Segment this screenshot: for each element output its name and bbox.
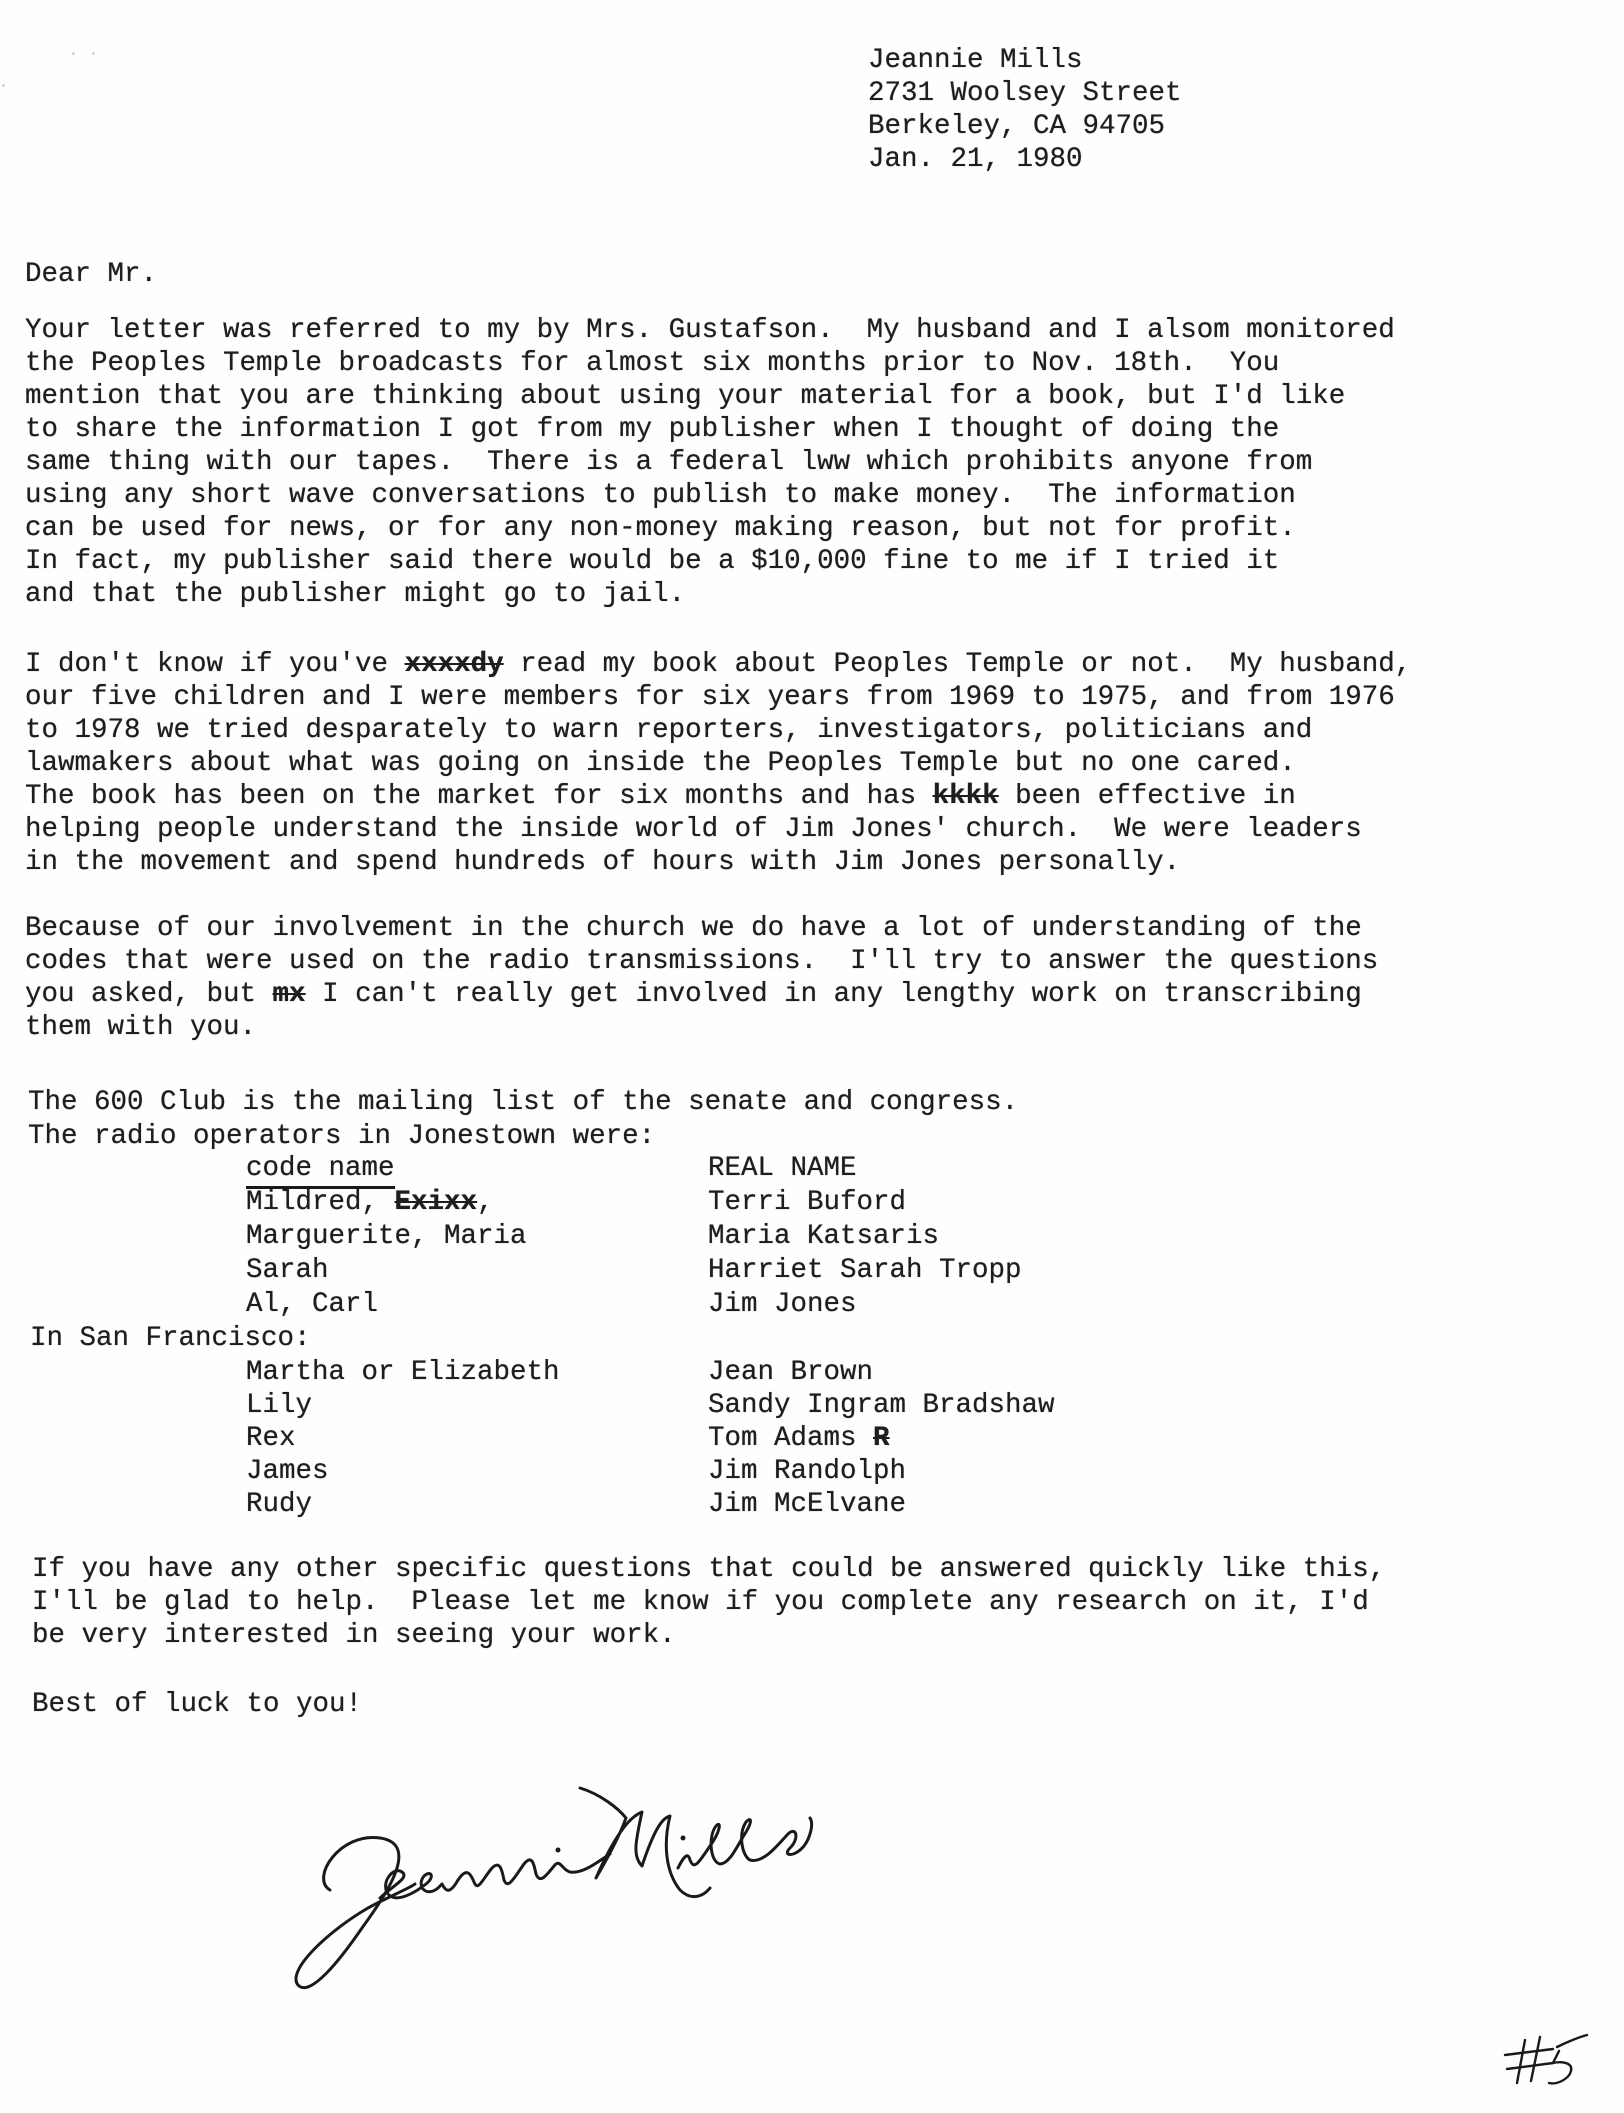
paragraph-1-line: the Peoples Temple broadcasts for almost… [25, 347, 1395, 380]
real-name-cell: Tom Adams R [708, 1422, 890, 1455]
text-run: you asked, but [25, 979, 273, 1010]
sender-name: Jeannie Mills [868, 44, 1182, 77]
text-run: I can't really get involved in any lengt… [306, 979, 1362, 1010]
code-name-cell: Martha or Elizabeth [246, 1356, 560, 1389]
real-name-cell: Terri Buford [708, 1186, 906, 1219]
paragraph-3-line: Because of our involvement in the church… [25, 912, 1378, 945]
valediction: Best of luck to you! [32, 1688, 362, 1721]
code-name-cell: Sarah [246, 1254, 329, 1287]
code-name-cell: Mildred, Exixx, [246, 1186, 494, 1219]
san-francisco-label: In San Francisco: [30, 1322, 311, 1355]
operators-intro: The radio operators in Jonestown were: [28, 1120, 655, 1153]
paper-speck [92, 52, 95, 55]
real-name-cell: Jim Randolph [708, 1455, 906, 1488]
code-name-cell: Rex [246, 1422, 296, 1455]
real-name-cell: Harriet Sarah Tropp [708, 1254, 1022, 1287]
handwritten-signature [270, 1760, 870, 2010]
paragraph-1-line: can be used for news, or for any non-mon… [25, 512, 1395, 545]
letter-page: Jeannie Mills 2731 Woolsey Street Berkel… [0, 0, 1624, 2113]
salutation: Dear Mr. [25, 258, 157, 291]
paper-speck [72, 52, 75, 55]
struck-out-text: xxxxdy [405, 649, 504, 680]
paragraph-2-line: helping people understand the inside wor… [25, 813, 1411, 846]
text-run: been effective in [999, 781, 1296, 812]
paragraph-2: I don't know if you've xxxxdy read my bo… [25, 648, 1411, 879]
closing-line: If you have any other specific questions… [32, 1553, 1385, 1586]
paragraph-1-line: mention that you are thinking about usin… [25, 380, 1395, 413]
code-name-cell: Rudy [246, 1488, 312, 1521]
paragraph-2-line: I don't know if you've xxxxdy read my bo… [25, 648, 1411, 681]
closing-line: I'll be glad to help. Please let me know… [32, 1586, 1385, 1619]
club-note: The 600 Club is the mailing list of the … [28, 1086, 1018, 1119]
real-name-cell: Jim Jones [708, 1288, 857, 1321]
paragraph-1-line: In fact, my publisher said there would b… [25, 545, 1395, 578]
paragraph-3-line: them with you. [25, 1011, 1378, 1044]
text-run: read my book about Peoples Temple or not… [504, 649, 1412, 680]
code-name-cell: James [246, 1455, 329, 1488]
paragraph-1-line: Your letter was referred to my by Mrs. G… [25, 314, 1395, 347]
paragraph-3: Because of our involvement in the church… [25, 912, 1378, 1044]
text-run: I don't know if you've [25, 649, 405, 680]
paragraph-1-line: to share the information I got from my p… [25, 413, 1395, 446]
text-run: Tom Adams [708, 1423, 873, 1454]
paragraph-2-line: to 1978 we tried desparately to warn rep… [25, 714, 1411, 747]
paragraph-1: Your letter was referred to my by Mrs. G… [25, 314, 1395, 611]
paragraph-3-line: codes that were used on the radio transm… [25, 945, 1378, 978]
code-name-cell: Lily [246, 1389, 312, 1422]
letter-date: Jan. 21, 1980 [868, 143, 1182, 176]
handwritten-page-number [1495, 2025, 1595, 2095]
struck-out-text: Exixx [395, 1187, 478, 1218]
struck-out-text: mx [273, 979, 306, 1010]
struck-out-text: kkkk [933, 781, 999, 812]
paragraph-1-line: same thing with our tapes. There is a fe… [25, 446, 1395, 479]
text-run: , [477, 1187, 494, 1218]
text-run: The book has been on the market for six … [25, 781, 933, 812]
code-name-header: code name [246, 1152, 395, 1189]
sender-city-state-zip: Berkeley, CA 94705 [868, 110, 1182, 143]
paper-speck [2, 84, 5, 87]
paragraph-2-line: lawmakers about what was going on inside… [25, 747, 1411, 780]
struck-out-text: R [873, 1423, 890, 1454]
code-name-cell: Marguerite, Maria [246, 1220, 527, 1253]
closing-line: be very interested in seeing your work. [32, 1619, 1385, 1652]
closing-paragraph: If you have any other specific questions… [32, 1553, 1385, 1652]
paragraph-3-line: you asked, but mx I can't really get inv… [25, 978, 1378, 1011]
sender-street: 2731 Woolsey Street [868, 77, 1182, 110]
real-name-cell: Jim McElvane [708, 1488, 906, 1521]
code-name-cell: Al, Carl [246, 1288, 378, 1321]
real-name-cell: Maria Katsaris [708, 1220, 939, 1253]
real-name-header: REAL NAME [708, 1152, 857, 1185]
paragraph-2-line: our five children and I were members for… [25, 681, 1411, 714]
paragraph-1-line: and that the publisher might go to jail. [25, 578, 1395, 611]
sender-address-block: Jeannie Mills 2731 Woolsey Street Berkel… [868, 44, 1182, 176]
real-name-cell: Jean Brown [708, 1356, 873, 1389]
text-run: Mildred, [246, 1187, 395, 1218]
paragraph-2-line: The book has been on the market for six … [25, 780, 1411, 813]
paragraph-2-line: in the movement and spend hundreds of ho… [25, 846, 1411, 879]
real-name-cell: Sandy Ingram Bradshaw [708, 1389, 1055, 1422]
paragraph-1-line: using any short wave conversations to pu… [25, 479, 1395, 512]
